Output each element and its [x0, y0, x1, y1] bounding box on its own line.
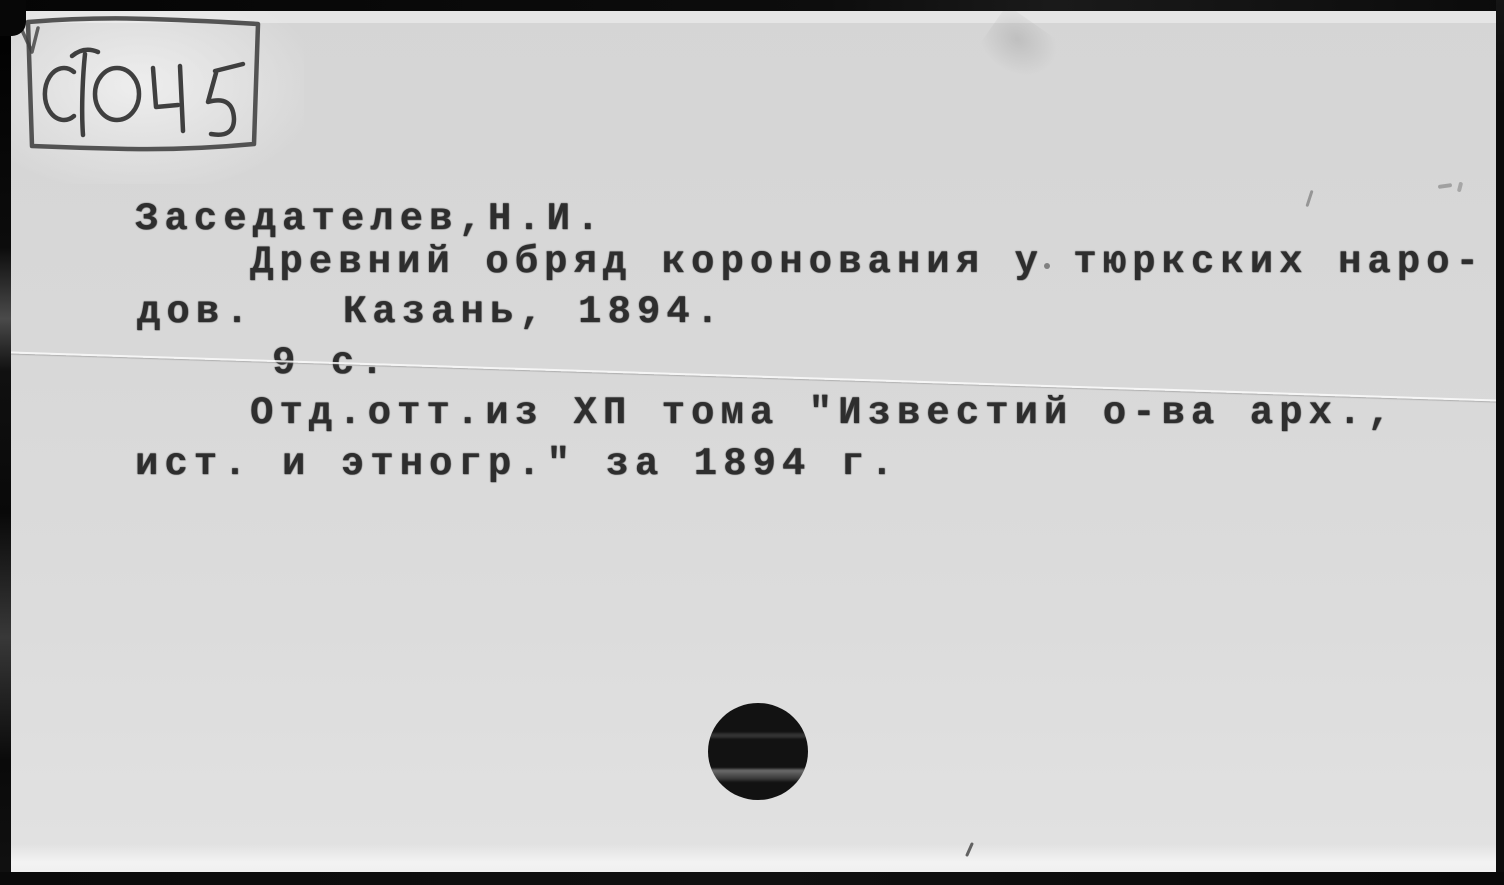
- imprint-line: дов. Казань, 1894.: [137, 293, 725, 332]
- scan-edge-left: [0, 0, 11, 885]
- title-line: Древний обряд коронования у тюркских нар…: [250, 243, 1485, 282]
- paper-highlight-bottom: [0, 844, 1504, 872]
- faint-pen-mark: [1457, 182, 1463, 193]
- scan-edge-right: [1496, 0, 1504, 885]
- scan-edge-top: [0, 0, 1504, 11]
- note-line-1: Отд.отт.из ХП тома "Известий о-ва арх.,: [250, 394, 1397, 433]
- shelfmark-stamp: Ф45: [10, 8, 280, 168]
- note-line-2: ист. и этногр." за 1894 г.: [135, 445, 900, 484]
- faint-pen-mark: [1438, 183, 1452, 189]
- punch-hole-mark: [708, 703, 808, 800]
- faint-pen-mark: [1305, 190, 1313, 207]
- scan-corner-blob: [0, 0, 26, 36]
- scanned-catalog-card: Ф45 Заседателев,Н.И. Древний обряд корон…: [0, 0, 1504, 885]
- scan-edge-bottom: [0, 872, 1504, 885]
- shelfmark-stamp-drawing: [10, 8, 280, 168]
- author-line: Заседателев,Н.И.: [135, 200, 605, 239]
